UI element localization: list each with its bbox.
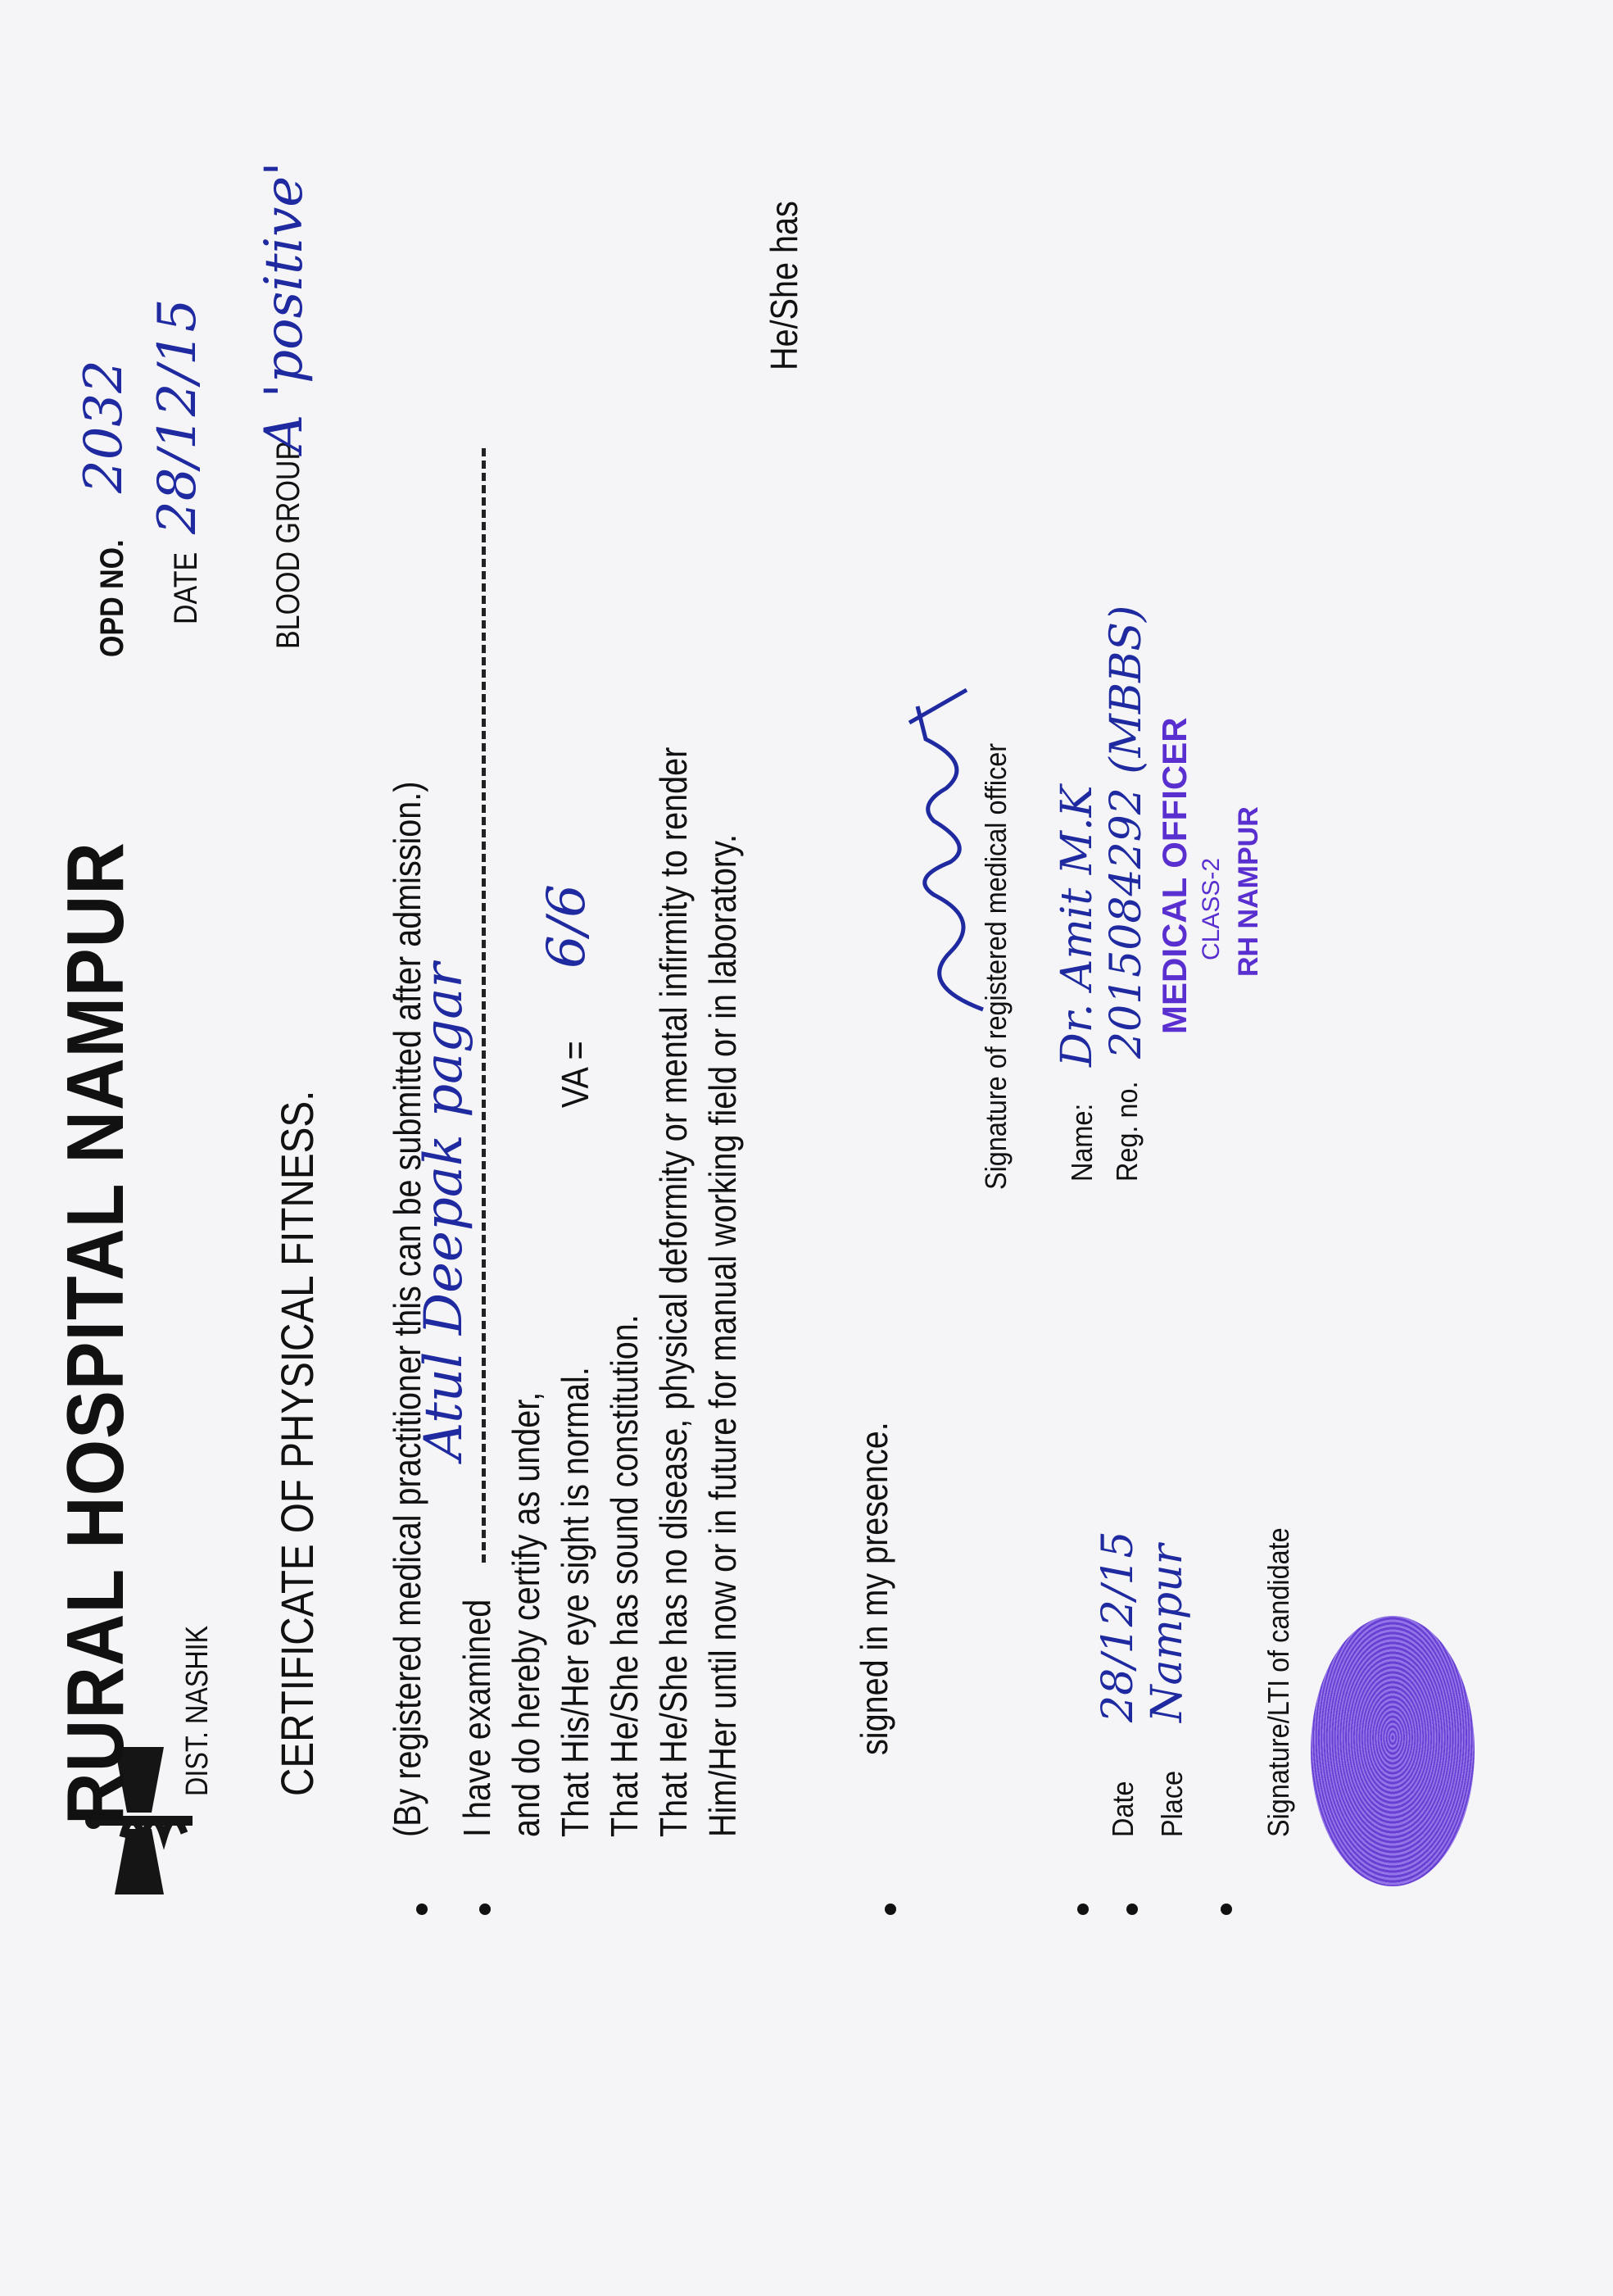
bullet <box>885 1904 896 1915</box>
bullet <box>416 1904 428 1915</box>
date-value: 28/12/15 <box>147 299 208 534</box>
officer-reg-value: 2015084292 (MBBS) <box>1102 606 1151 1059</box>
bullet <box>479 1904 491 1915</box>
candidate-signature-label: Signature/LTI of candidate <box>1262 1527 1296 1837</box>
stamp-line-3: RH NAMPUR <box>1233 806 1265 977</box>
officer-name-label: Name: <box>1065 1104 1099 1182</box>
eyesight-line: That His/Her eye sight is normal. <box>553 1367 597 1837</box>
has-prefix: He/She has <box>762 201 806 370</box>
examined-prefix: I have examined <box>455 1599 499 1837</box>
stamp-line-1: MEDICAL OFFICER <box>1155 717 1194 1034</box>
examined-name-line <box>482 448 486 1563</box>
no-disease-line: That He/She has no disease, physical def… <box>651 747 695 1837</box>
date-label: DATE <box>168 552 205 624</box>
certify-line: and do hereby certify as under, <box>504 1392 548 1837</box>
va-value: 6/6 <box>537 884 597 969</box>
certificate-sheet: RURAL HOSPITAL NAMPUR DIST. NASHIK CERTI… <box>0 0 1613 2296</box>
candidate-place-value: Nampur <box>1143 1545 1192 1722</box>
hospital-name: RURAL HOSPITAL NAMPUR <box>49 842 142 1825</box>
blood-group-label: BLOOD GROUP <box>270 442 307 649</box>
candidate-place-label: Place <box>1155 1771 1189 1837</box>
district-label: DIST. NASHIK <box>180 1626 215 1796</box>
officer-signature-label: Signature of registered medical officer <box>979 743 1013 1190</box>
bullet <box>1077 1904 1089 1915</box>
officer-reg-label: Reg. no. <box>1110 1082 1144 1182</box>
officer-name-value: Dr. Amit M.K <box>1053 786 1102 1067</box>
candidate-date-label: Date <box>1106 1781 1140 1837</box>
blood-group-value: A 'positive' <box>254 161 315 452</box>
working-field-line: Him/Her until now or in future for manua… <box>700 834 745 1837</box>
signed-line: signed in my presence. <box>852 1422 896 1755</box>
va-label: VA = <box>553 1041 597 1108</box>
constitution-line: That He/She has sound constitution. <box>602 1314 646 1837</box>
certificate-title: CERTIFICATE OF PHYSICAL FITNESS. <box>270 1091 324 1796</box>
thumbprint-icon <box>1311 1616 1475 1886</box>
bullet <box>1221 1904 1232 1915</box>
opd-value: 2032 <box>74 360 134 493</box>
candidate-date-value: 28/12/15 <box>1094 1531 1143 1722</box>
opd-label: OPD NO. <box>94 539 131 657</box>
stamp-line-2: CLASS-2 <box>1198 858 1226 960</box>
bullet <box>1126 1904 1138 1915</box>
examined-name-value: Atul Deepak pagar <box>414 963 474 1460</box>
